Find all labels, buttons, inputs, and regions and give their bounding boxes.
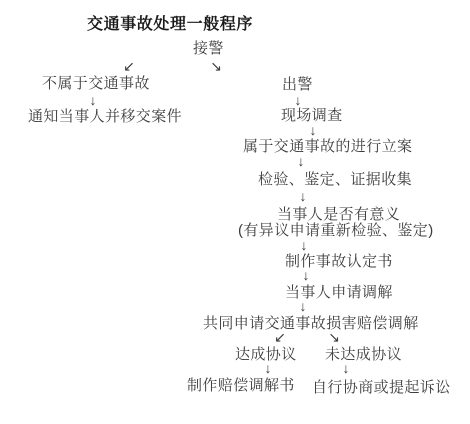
node-receive-alarm: 接警 bbox=[193, 41, 224, 57]
down-arrow-icon: ↓ bbox=[296, 238, 312, 252]
node-evidence-collection: 检验、鉴定、证据收集 bbox=[258, 172, 412, 188]
down-left-arrow-icon: ↙ bbox=[272, 330, 288, 344]
down-arrow-icon: ↓ bbox=[85, 93, 101, 107]
down-right-arrow-icon: ↘ bbox=[208, 59, 224, 73]
node-dispatch-police: 出警 bbox=[282, 77, 313, 93]
down-right-arrow-icon: ↘ bbox=[326, 330, 342, 344]
node-self-negotiate-or-sue: 自行协商或提起诉讼 bbox=[312, 380, 451, 396]
down-arrow-icon: ↓ bbox=[298, 268, 314, 282]
flowchart-canvas: 交通事故处理一般程序 接警 ↙ ↘ 不属于交通事故 ↓ 通知当事人并移交案件 出… bbox=[0, 0, 470, 424]
down-arrow-icon: ↓ bbox=[293, 154, 309, 168]
flowchart-title: 交通事故处理一般程序 bbox=[87, 16, 253, 34]
node-agreement-not-reached: 未达成协议 bbox=[325, 347, 402, 363]
down-arrow-icon: ↓ bbox=[260, 361, 276, 375]
node-compensation-mediation-doc: 制作赔偿调解书 bbox=[187, 378, 295, 394]
node-notify-and-transfer: 通知当事人并移交案件 bbox=[28, 109, 182, 125]
down-arrow-icon: ↓ bbox=[295, 299, 311, 313]
node-not-traffic-accident: 不属于交通事故 bbox=[42, 76, 150, 92]
down-arrow-icon: ↓ bbox=[290, 93, 306, 107]
node-joint-apply-compensation: 共同申请交通事故损害赔偿调解 bbox=[203, 316, 419, 332]
node-objection-note: (有异议申请重新检验、鉴定) bbox=[238, 223, 434, 239]
down-arrow-icon: ↓ bbox=[305, 123, 321, 137]
down-arrow-icon: ↓ bbox=[338, 361, 354, 375]
down-left-arrow-icon: ↙ bbox=[121, 59, 137, 73]
node-file-case: 属于交通事故的进行立案 bbox=[243, 139, 412, 155]
down-arrow-icon: ↓ bbox=[295, 189, 311, 203]
node-party-objection: 当事人是否有意义 bbox=[277, 207, 400, 223]
